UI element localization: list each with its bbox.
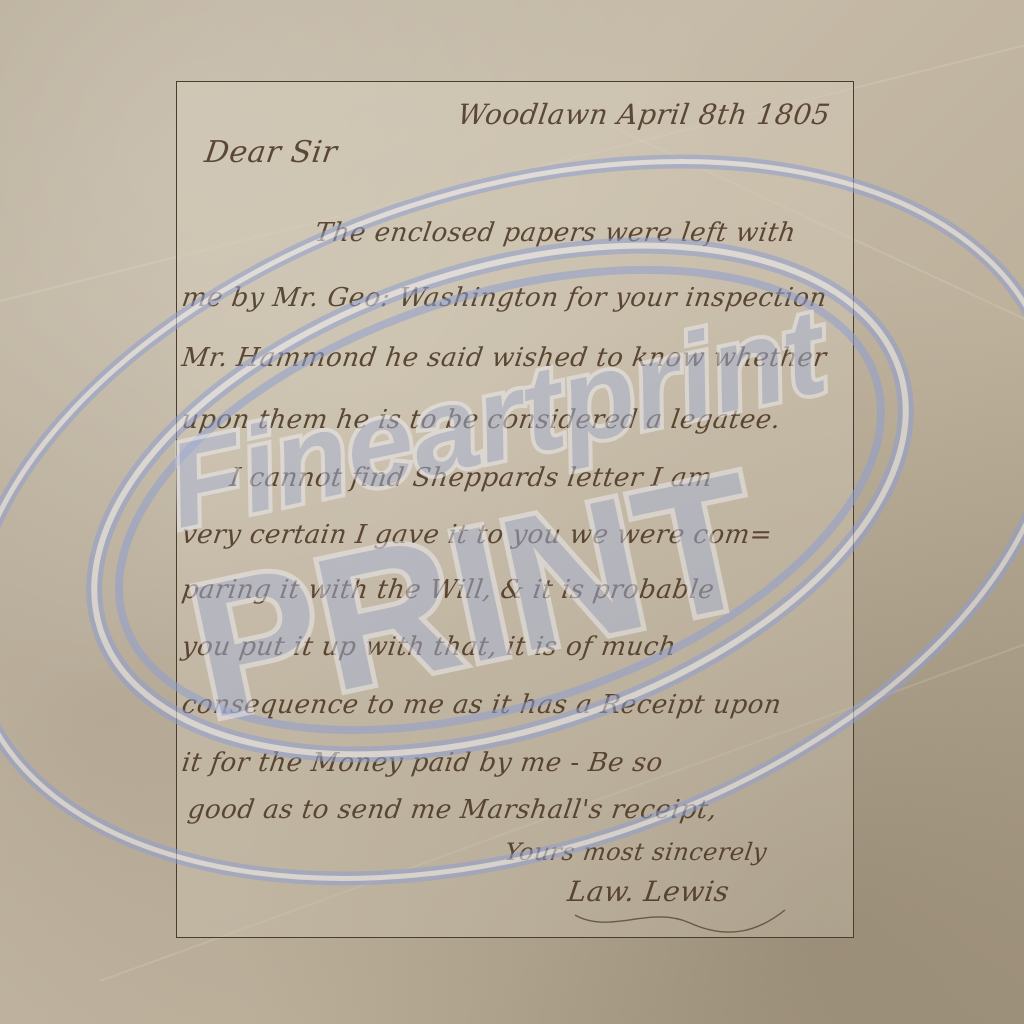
letter-body-line: good as to send me Marshall's receipt, xyxy=(186,795,719,825)
letter-body-line: paring it with the Will, & it is probabl… xyxy=(180,575,716,605)
letter-body-line: you put it up with that, it is of much xyxy=(180,632,678,662)
letter-body-line: consequence to me as it has a Receipt up… xyxy=(180,690,783,720)
letter-body-line: Mr. Hammond he said wished to know wheth… xyxy=(180,343,829,373)
letter-dateline: Woodlawn April 8th 1805 xyxy=(456,98,833,131)
letter-body-line: The enclosed papers were left with xyxy=(313,218,798,248)
letter-body-line: very certain I gave it to you we were co… xyxy=(180,520,774,550)
letter-body-line: me by Mr. Geo: Washington for your inspe… xyxy=(180,283,829,313)
letter-body-line: I cannot find Sheppards letter I am xyxy=(228,463,715,493)
letter-body-line: it for the Money paid by me - Be so xyxy=(180,748,665,778)
signature-flourish xyxy=(570,905,790,935)
letter-salutation: Dear Sir xyxy=(203,135,340,170)
letter-body-line: upon them he is to be considered a legat… xyxy=(180,405,783,435)
letter-closing: Yours most sincerely xyxy=(503,838,769,866)
letter-signature: Law. Lewis xyxy=(566,875,732,908)
